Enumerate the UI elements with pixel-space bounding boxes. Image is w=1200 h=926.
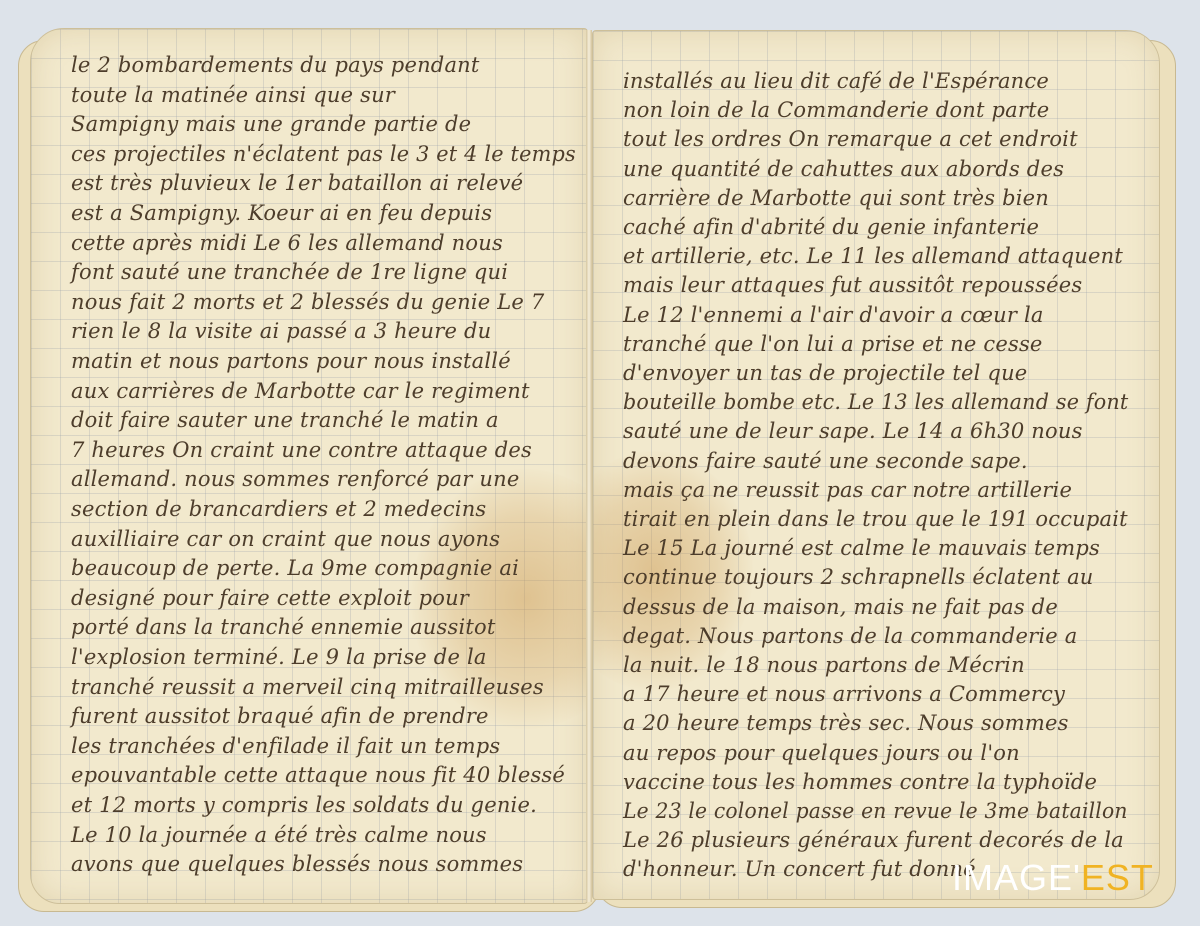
handwritten-line: dessus de la maison, mais ne fait pas de — [623, 595, 1058, 619]
handwritten-line: aux carrières de Marbotte car le regimen… — [71, 379, 530, 403]
handwritten-line: nous fait 2 morts et 2 blessés du genie … — [71, 290, 544, 314]
right-page: installés au lieu dit café de l'Espéranc… — [592, 30, 1160, 900]
handwritten-line: sauté une de leur sape. Le 14 a 6h30 nou… — [623, 419, 1083, 443]
handwritten-line: le 2 bombardements du pays pendant — [71, 53, 480, 77]
handwritten-line: est a Sampigny. Koeur ai en feu depuis — [71, 201, 492, 225]
handwritten-line: Le 10 la journée a été très calme nous — [71, 823, 487, 847]
right-page-text: installés au lieu dit café de l'Espéranc… — [593, 31, 1159, 899]
handwritten-line: tout les ordres On remarque a cet endroi… — [623, 127, 1078, 151]
handwritten-line: auxilliaire car on craint que nous ayons — [71, 527, 500, 551]
watermark-est: EST — [1081, 857, 1154, 898]
handwritten-line: rien le 8 la visite ai passé a 3 heure d… — [71, 319, 491, 343]
handwritten-line: non loin de la Commanderie dont parte — [623, 98, 1049, 122]
handwritten-line: d'honneur. Un concert fut donné — [623, 857, 976, 881]
handwritten-line: mais ça ne reussit pas car notre artille… — [623, 478, 1072, 502]
handwritten-line: 7 heures On craint une contre attaque de… — [71, 438, 532, 462]
handwritten-line: allemand. nous sommes renforcé par une — [71, 467, 519, 491]
handwritten-line: avons que quelques blessés nous sommes — [71, 852, 523, 876]
handwritten-line: d'envoyer un tas de projectile tel que — [623, 361, 1027, 385]
handwritten-line: toute la matinée ainsi que sur — [71, 83, 395, 107]
handwritten-line: carrière de Marbotte qui sont très bien — [623, 186, 1049, 210]
handwritten-line: cette après midi Le 6 les allemand nous — [71, 231, 503, 255]
left-page-text: le 2 bombardements du pays pendanttoute … — [31, 29, 587, 903]
handwritten-line: beaucoup de perte. La 9me compagnie ai — [71, 556, 519, 580]
handwritten-line: l'explosion terminé. Le 9 la prise de la — [71, 645, 487, 669]
handwritten-line: tranché reussit a merveil cinq mitraille… — [71, 675, 544, 699]
handwritten-line: designé pour faire cette exploit pour — [71, 586, 469, 610]
handwritten-line: Le 23 le colonel passe en revue le 3me b… — [623, 799, 1128, 823]
handwritten-line: au repos pour quelques jours ou l'on — [623, 741, 1020, 765]
handwritten-line: font sauté une tranchée de 1re ligne qui — [71, 260, 508, 284]
handwritten-line: matin et nous partons pour nous installé — [71, 349, 511, 373]
handwritten-line: Sampigny mais une grande partie de — [71, 112, 471, 136]
handwritten-line: a 20 heure temps très sec. Nous sommes — [623, 711, 1069, 735]
handwritten-line: furent aussitot braqué afin de prendre — [71, 704, 489, 728]
handwritten-line: Le 12 l'ennemi a l'air d'avoir a cœur la — [623, 303, 1044, 327]
handwritten-line: a 17 heure et nous arrivons a Commercy — [623, 682, 1065, 706]
handwritten-line: tirait en plein dans le trou que le 191 … — [623, 507, 1128, 531]
handwritten-line: Le 15 La journé est calme le mauvais tem… — [623, 536, 1100, 560]
handwritten-line: degat. Nous partons de la commanderie a — [623, 624, 1077, 648]
handwritten-line: devons faire sauté une seconde sape. — [623, 449, 1028, 473]
handwritten-line: la nuit. le 18 nous partons de Mécrin — [623, 653, 1025, 677]
handwritten-line: bouteille bombe etc. Le 13 les allemand … — [623, 390, 1128, 414]
handwritten-line: epouvantable cette attaque nous fit 40 b… — [71, 763, 565, 787]
handwritten-line: porté dans la tranché ennemie aussitot — [71, 615, 496, 639]
image-est-watermark: IMAGE'EST — [952, 858, 1154, 898]
handwritten-line: une quantité de cahuttes aux abords des — [623, 157, 1064, 181]
handwritten-line: et artillerie, etc. Le 11 les allemand a… — [623, 244, 1123, 268]
handwritten-line: Le 26 plusieurs généraux furent decorés … — [623, 828, 1124, 852]
handwritten-line: continue toujours 2 schrapnells éclatent… — [623, 565, 1094, 589]
handwritten-line: mais leur attaques fut aussitôt repoussé… — [623, 273, 1082, 297]
handwritten-line: et 12 morts y compris les soldats du gen… — [71, 793, 537, 817]
handwritten-line: section de brancardiers et 2 medecins — [71, 497, 486, 521]
handwritten-line: doit faire sauter une tranché le matin a — [71, 408, 499, 432]
handwritten-line: tranché que l'on lui a prise et ne cesse — [623, 332, 1043, 356]
handwritten-line: installés au lieu dit café de l'Espéranc… — [623, 69, 1049, 93]
handwritten-line: est très pluvieux le 1er bataillon ai re… — [71, 171, 523, 195]
handwritten-line: ces projectiles n'éclatent pas le 3 et 4… — [71, 142, 576, 166]
handwritten-line: vaccine tous les hommes contre la typhoï… — [623, 770, 1097, 794]
watermark-image: IMAGE' — [952, 857, 1081, 898]
left-page: le 2 bombardements du pays pendanttoute … — [30, 28, 588, 904]
handwritten-line: les tranchées d'enfilade il fait un temp… — [71, 734, 500, 758]
handwritten-line: caché afin d'abrité du genie infanterie — [623, 215, 1039, 239]
